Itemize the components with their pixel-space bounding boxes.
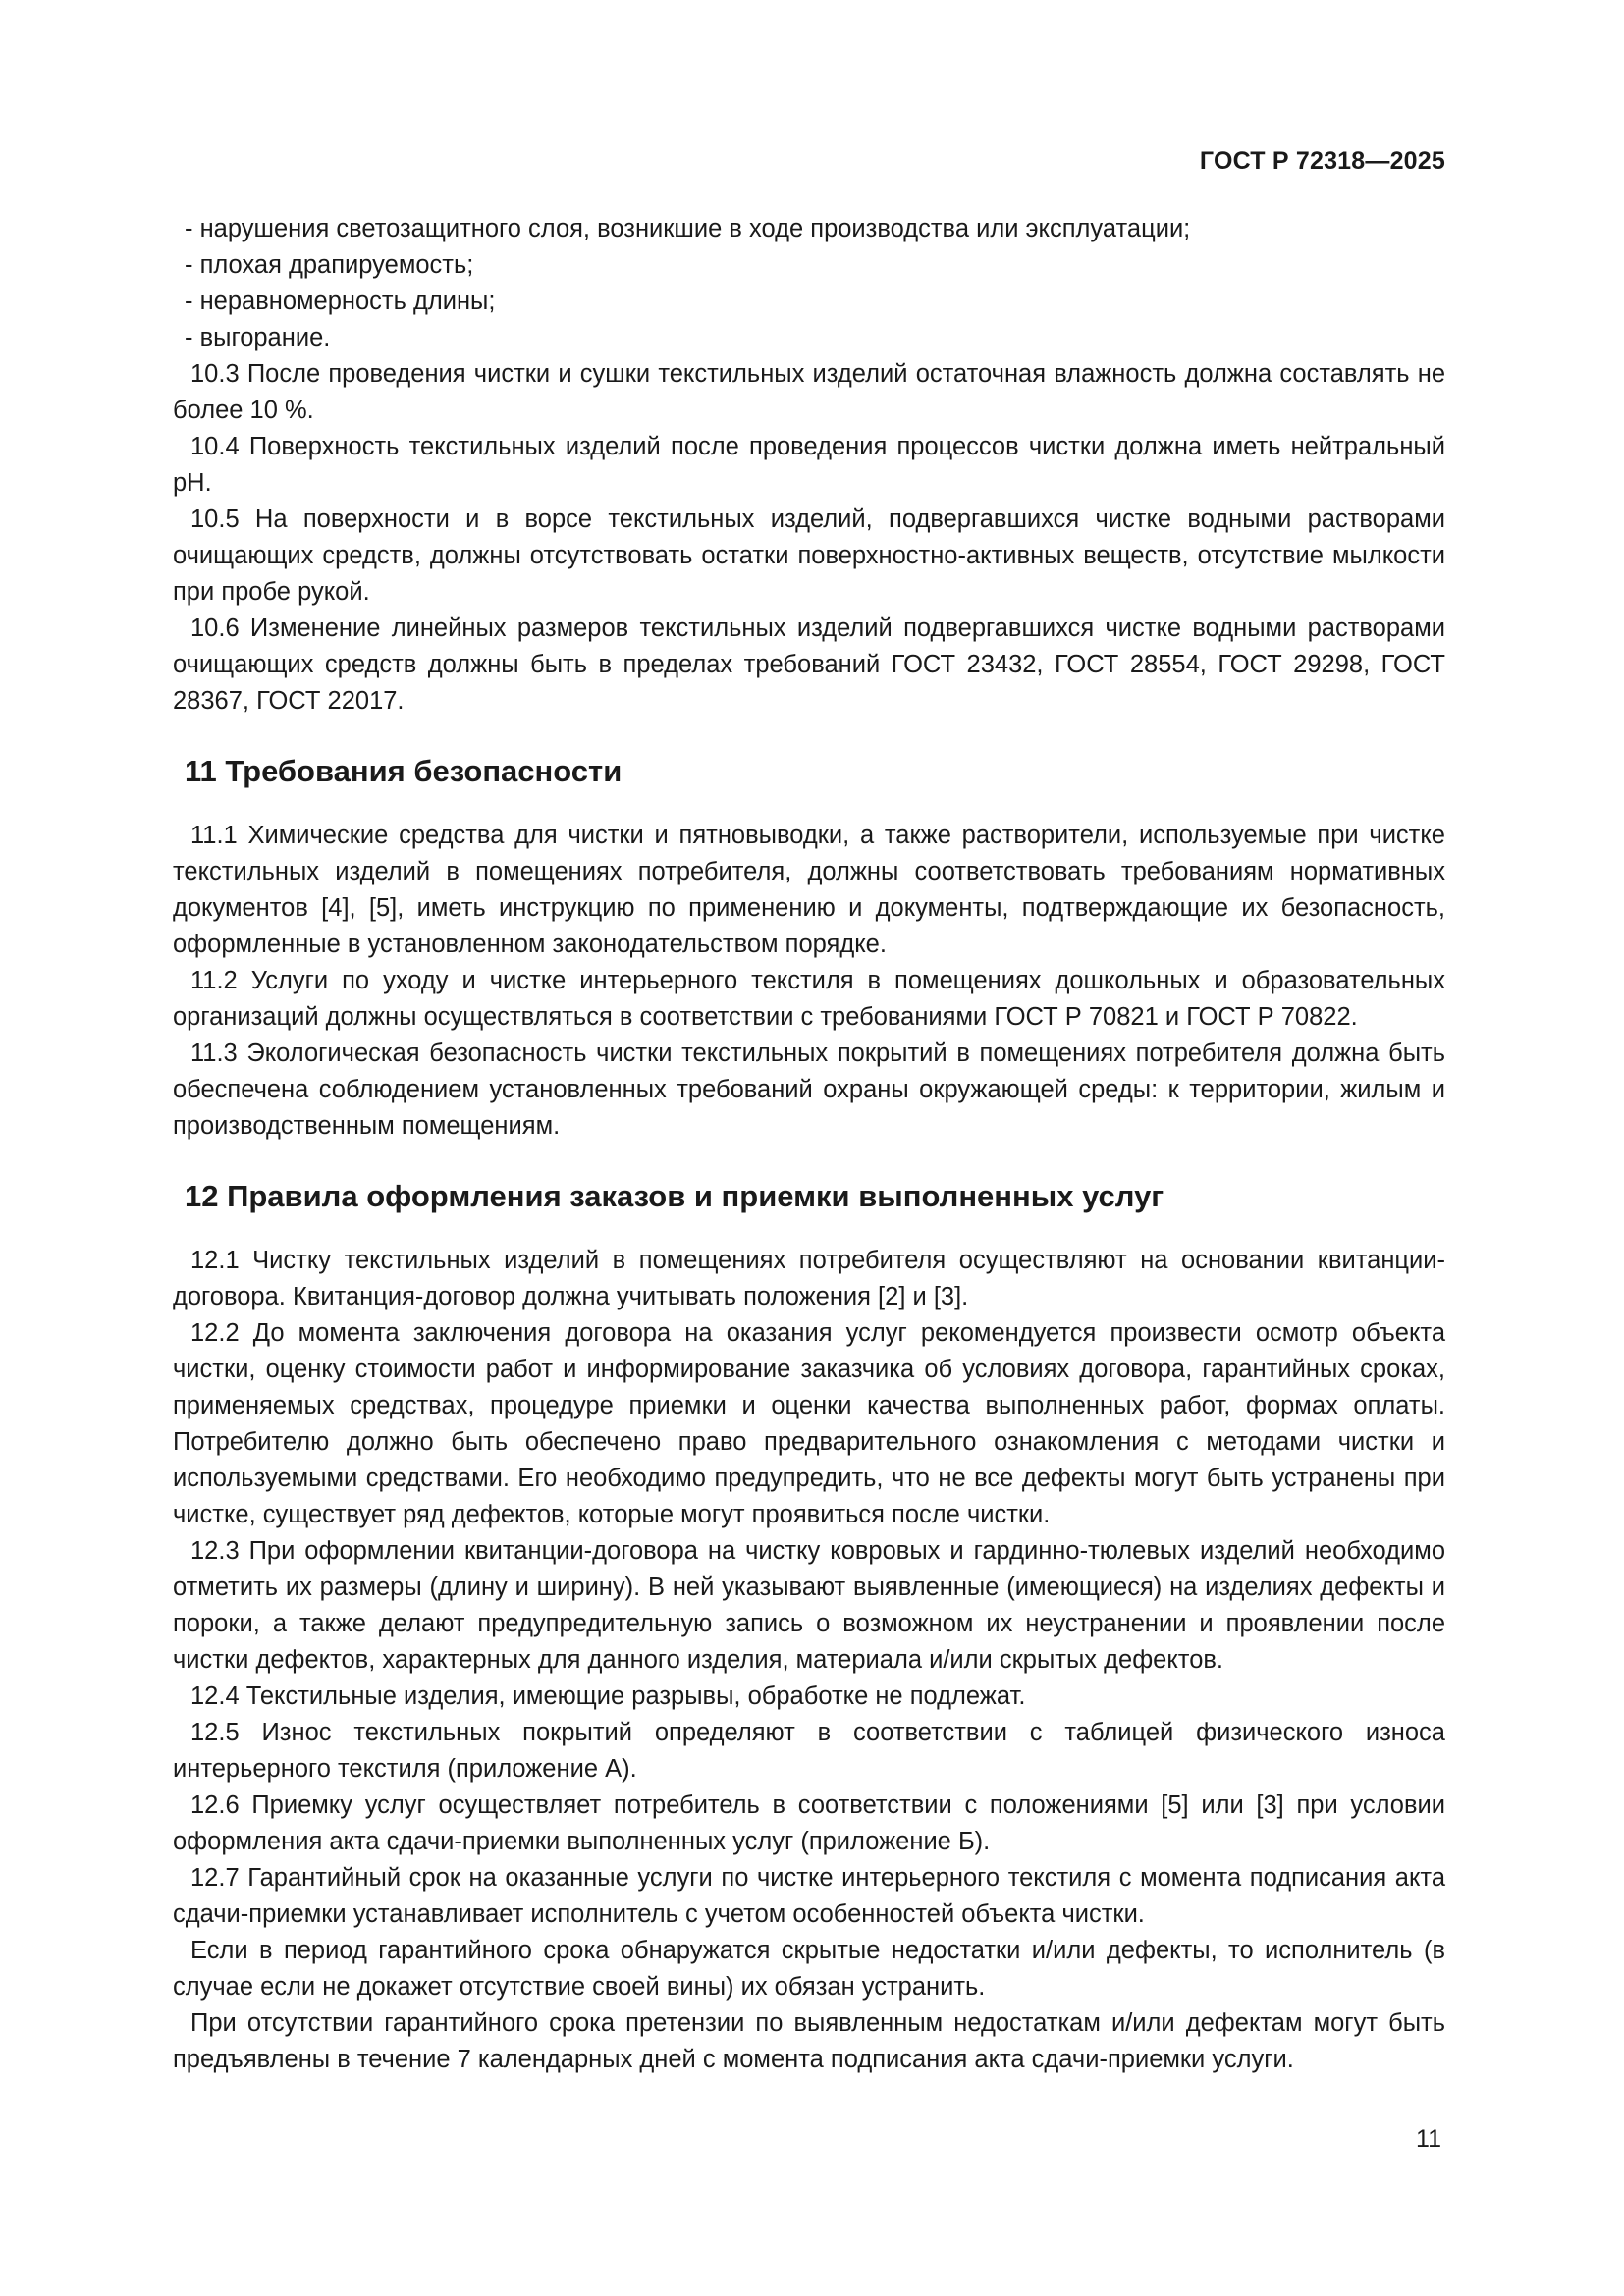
list-item: - неравномерность длины; (173, 284, 1445, 320)
clause-10-6: 10.6 Изменение линейных размеров текстил… (173, 611, 1445, 720)
clause-11-2: 11.2 Услуги по уходу и чистке интерьерно… (173, 963, 1445, 1036)
clause-12-3: 12.3 При оформлении квитанции-договора н… (173, 1533, 1445, 1679)
list-item: - выгорание. (173, 320, 1445, 356)
list-item: - плохая драпируемость; (173, 247, 1445, 284)
clause-12-1: 12.1 Чистку текстильных изделий в помеще… (173, 1243, 1445, 1315)
section-12-heading: 12 Правила оформления заказов и приемки … (185, 1177, 1445, 1216)
clause-12-2: 12.2 До момента заключения договора на о… (173, 1315, 1445, 1533)
clause-10-5: 10.5 На поверхности и в ворсе текстильны… (173, 502, 1445, 611)
clause-10-4: 10.4 Поверхность текстильных изделий пос… (173, 429, 1445, 502)
clause-12-7: 12.7 Гарантийный срок на оказанные услуг… (173, 1860, 1445, 1933)
clause-11-1: 11.1 Химические средства для чистки и пя… (173, 818, 1445, 963)
clause-12-5: 12.5 Износ текстильных покрытий определя… (173, 1715, 1445, 1788)
list-item: - нарушения светозащитного слоя, возникш… (173, 211, 1445, 247)
clause-10-3: 10.3 После проведения чистки и сушки тек… (173, 356, 1445, 429)
section-11-heading: 11 Требования безопасности (185, 752, 1445, 791)
clause-12-7-warranty-defects: Если в период гарантийного срока обнаруж… (173, 1933, 1445, 2005)
page-content: - нарушения светозащитного слоя, возникш… (173, 211, 1445, 2078)
clause-12-6: 12.6 Приемку услуг осуществляет потребит… (173, 1788, 1445, 1860)
clause-11-3: 11.3 Экологическая безопасность чистки т… (173, 1036, 1445, 1145)
page-number: 11 (1416, 2125, 1441, 2154)
clause-12-7-no-warranty: При отсутствии гарантийного срока претен… (173, 2005, 1445, 2078)
document-designation: ГОСТ Р 72318—2025 (1200, 147, 1445, 176)
clause-12-4: 12.4 Текстильные изделия, имеющие разрыв… (173, 1679, 1445, 1715)
